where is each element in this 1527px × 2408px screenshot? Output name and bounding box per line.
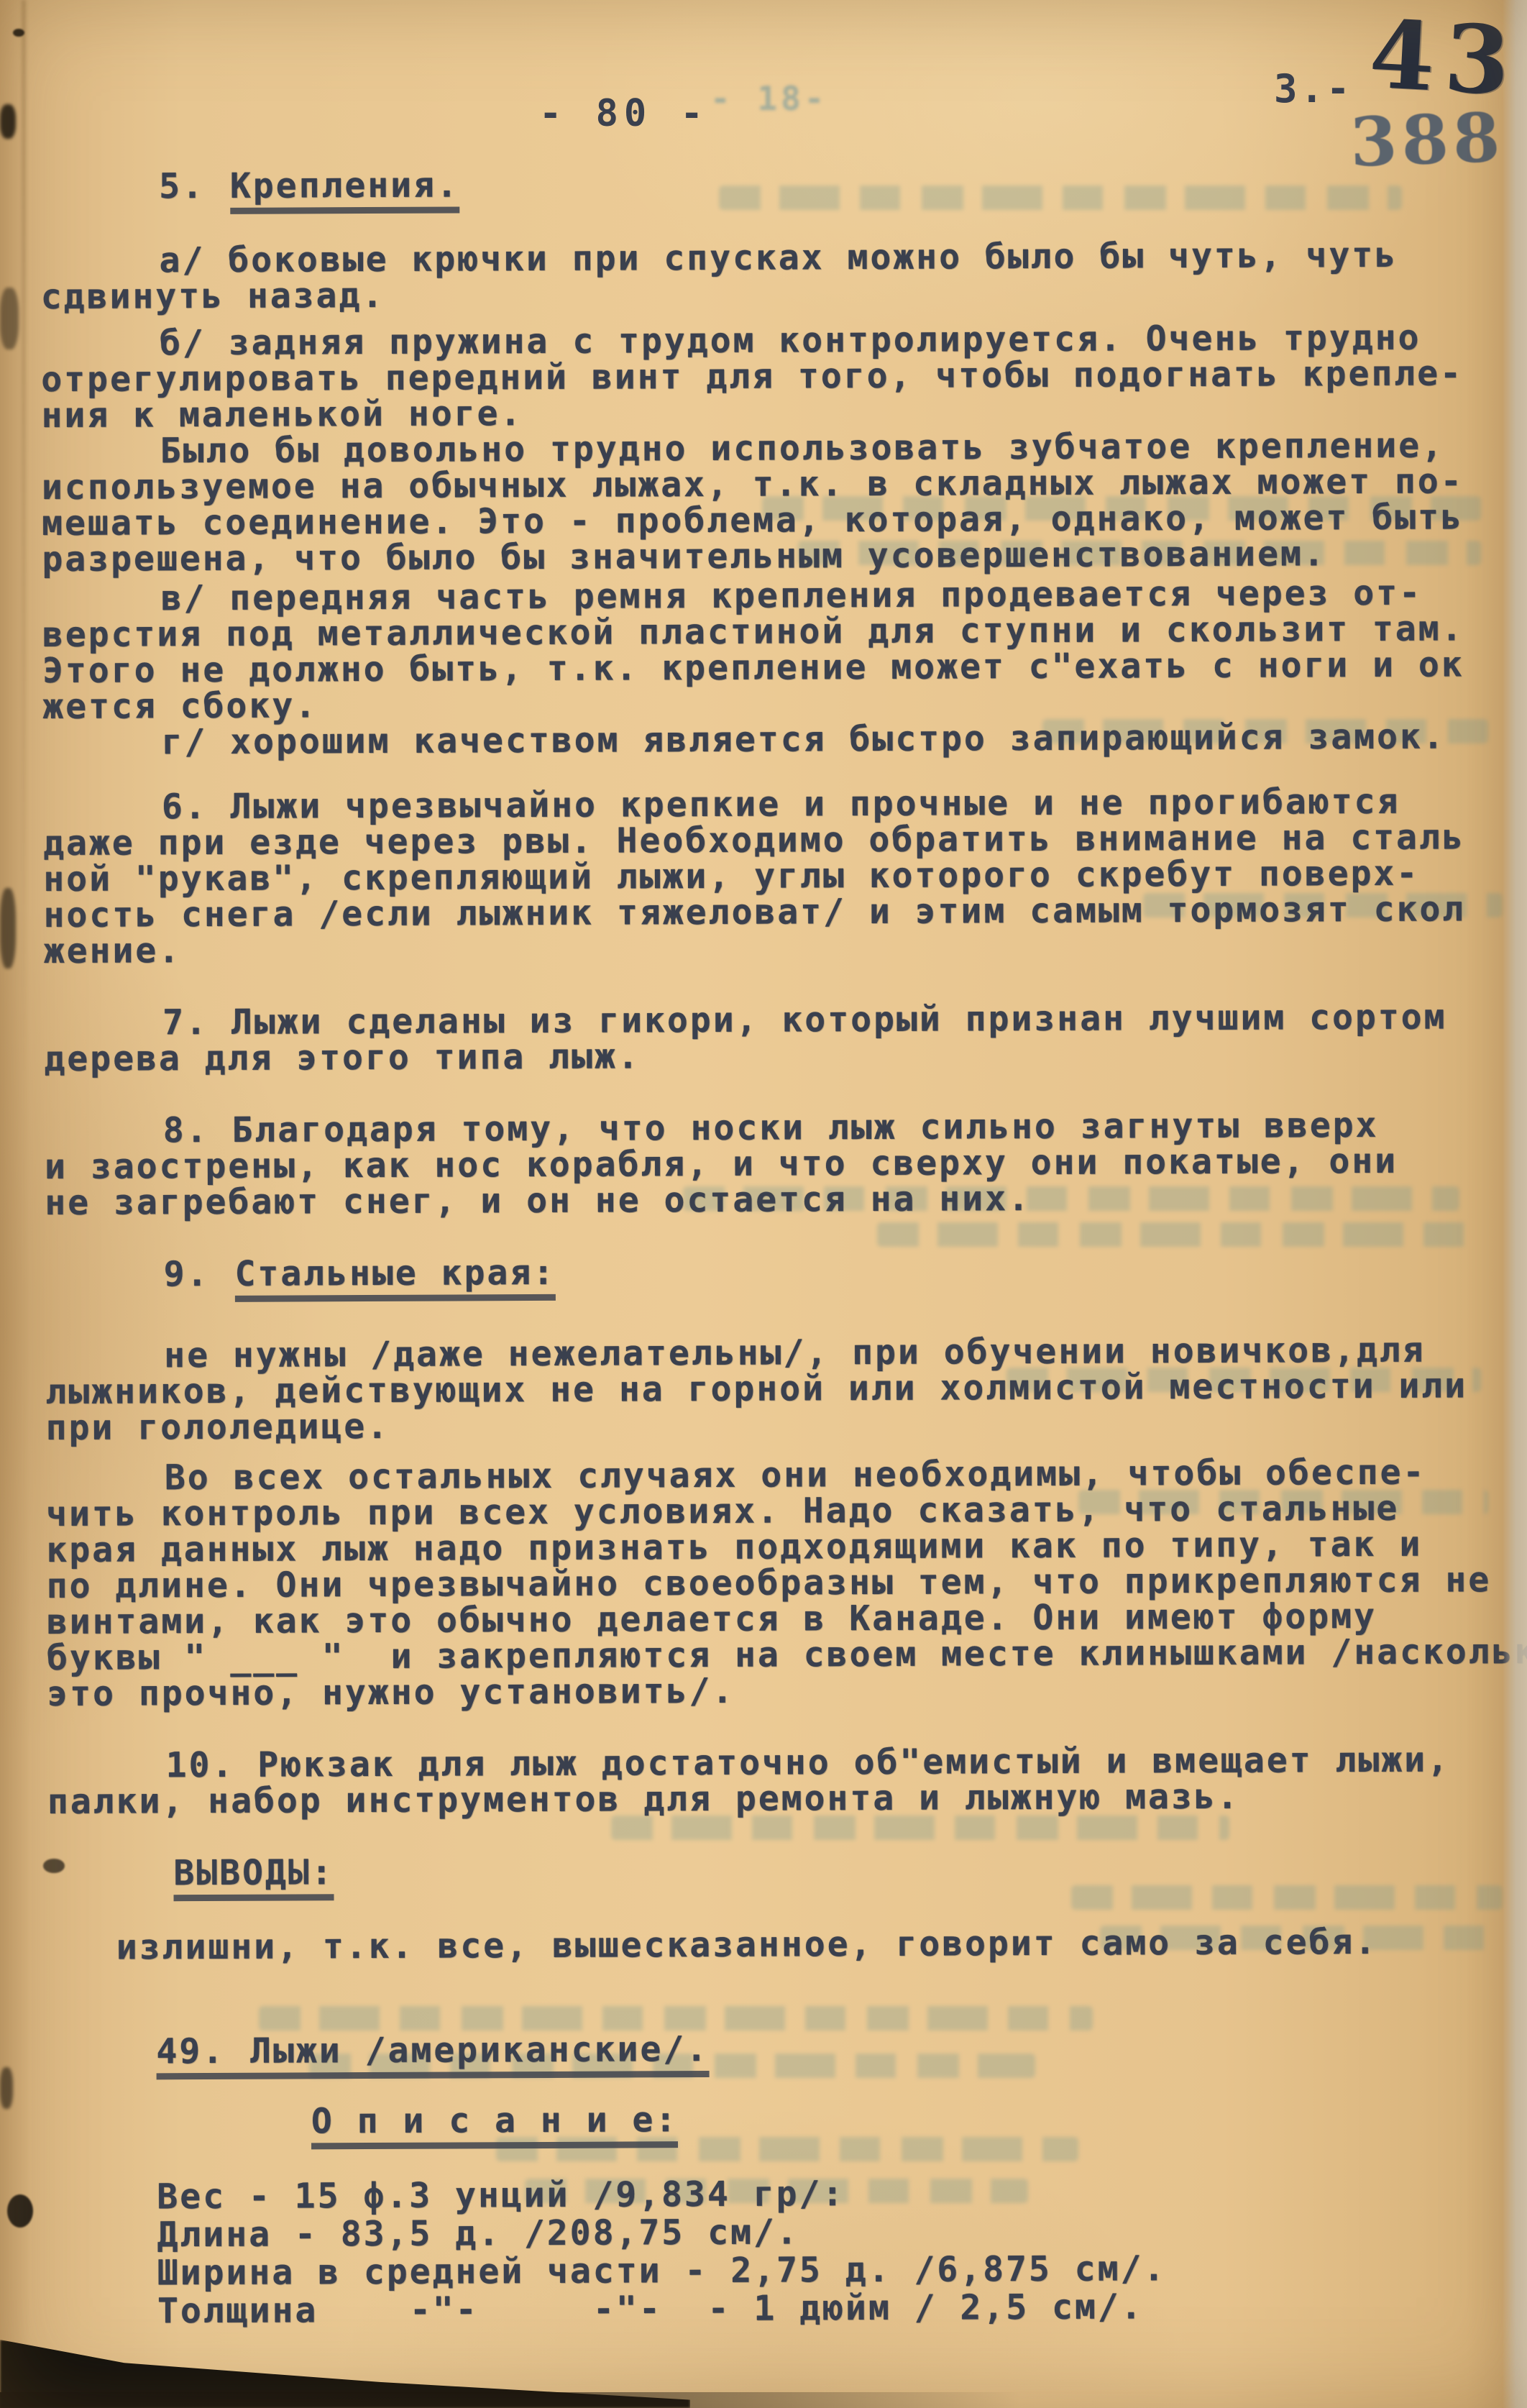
heading-number: 49. [156,2031,225,2071]
heading-block: 49.Лыжи /американские/. [48,2028,1527,2080]
scanned-document-page: - 80 - - 18- 3.- 43 388 5.Крепления.а/ б… [0,0,1527,2408]
text-line: сдвинуть назад. [41,273,1527,315]
paper-tear [0,888,16,969]
text-line: излишни, т.к. все, вышесказанное, говори… [48,1923,1527,1966]
paper-crease [22,0,26,1079]
scan-shadow-bottom [0,2392,1021,2408]
underlined-heading-text: Крепления. [230,167,459,214]
paper-hole [43,1859,65,1873]
para-block: 7. Лыжи сделаны из гикори, который призн… [44,999,1527,1077]
para-block: 10. Рюкзак для лыж достаточно об"емистый… [47,1741,1527,1820]
underlined-heading-text: О п и с а н и е: [311,2102,679,2149]
text-line: Этого не должно быть, т.к. крепление мож… [42,646,1527,689]
para-block: излишни, т.к. все, вышесказанное, говори… [48,1923,1527,1966]
para-block: г/ хорошим качеством является быстро зап… [42,718,1527,761]
text-line: ность снега /если лыжник тяжеловат/ и эт… [43,891,1527,933]
text-line: Длина - 83,5 д. /208,75 см/. [49,2210,1527,2255]
para-block: Было бы довольно трудно использовать зуб… [42,427,1527,577]
paper-hole [7,2194,33,2228]
text-line: Толщина -"- -"- - 1 дюйм / 2,5 см/. [50,2286,1527,2331]
text-line: разрешена, что было бы значительным усов… [42,535,1527,577]
heading-block: 9.Стальные края: [45,1250,1527,1303]
para-block: 6. Лыжи чрезвычайно крепкие и прочные и … [43,783,1527,969]
text-line: Ширина в средней части - 2,75 д. /6,875 … [50,2248,1527,2293]
text-line: дерева для этого типа лыж. [44,1035,1527,1077]
text-line: 10. Рюкзак для лыж достаточно об"емистый… [47,1741,1527,1784]
text-line: 7. Лыжи сделаны из гикори, который призн… [44,999,1527,1041]
text-line: отрегулировать передний винт для того, ч… [41,355,1527,398]
para-block: не нужны /даже нежелательны/, при обучен… [45,1332,1527,1446]
document-body: 5.Крепления.а/ боковые крючки при спуска… [40,0,1527,2331]
heading-block: О п и с а н и е: [49,2098,1527,2151]
text-line: не загребают снег, и он не остается на н… [45,1178,1527,1221]
paper-tear [0,2067,13,2109]
para-block: Во всех остальных случаях они необходимы… [46,1454,1527,1712]
ink-speck [13,29,24,37]
underlined-heading-text: Стальные края: [234,1255,556,1302]
underlined-heading-text: ВЫВОДЫ: [173,1854,334,1901]
heading-block: ВЫВОДЫ: [47,1849,1527,1902]
heading-text: Лыжи /американские/. [250,2029,709,2071]
text-line: это прочно, нужно установить/. [47,1670,1527,1712]
text-line: Вес - 15 ф.3 унций /9,834 гр/: [49,2172,1527,2217]
paper-tear [0,104,16,139]
text-line: при гололедице. [46,1404,1527,1446]
text-line: буквы " ___ " и закрепляются на своем ме… [47,1634,1527,1676]
paper-tear [0,288,19,349]
para-block: б/ задняя пружина с трудом контролируетс… [41,319,1527,434]
spec-block: Вес - 15 ф.3 унций /9,834 гр/:Длина - 83… [49,2172,1527,2331]
text-line: палки, набор инструментов для ремонта и … [47,1777,1527,1820]
scan-edge [1503,0,1527,2408]
text-line: лыжников, действующих не на горной или х… [45,1368,1527,1410]
para-block: в/ передняя часть ремня крепления продев… [42,574,1527,725]
heading-block: 5.Крепления. [40,162,1527,215]
heading-number: 5. [159,166,205,206]
para-block: 8. Благодаря тому, что носки лыж сильно … [45,1107,1527,1221]
heading-number: 9. [164,1254,210,1294]
text-line: а/ боковые крючки при спусках можно было… [40,237,1527,279]
underlined-heading-text: 49.Лыжи /американские/. [156,2031,709,2079]
text-line: и заострены, как нос корабля, и что свер… [45,1143,1527,1185]
para-block: а/ боковые крючки при спусках можно было… [40,237,1527,315]
text-line: г/ хорошим качеством является быстро зап… [42,718,1527,761]
